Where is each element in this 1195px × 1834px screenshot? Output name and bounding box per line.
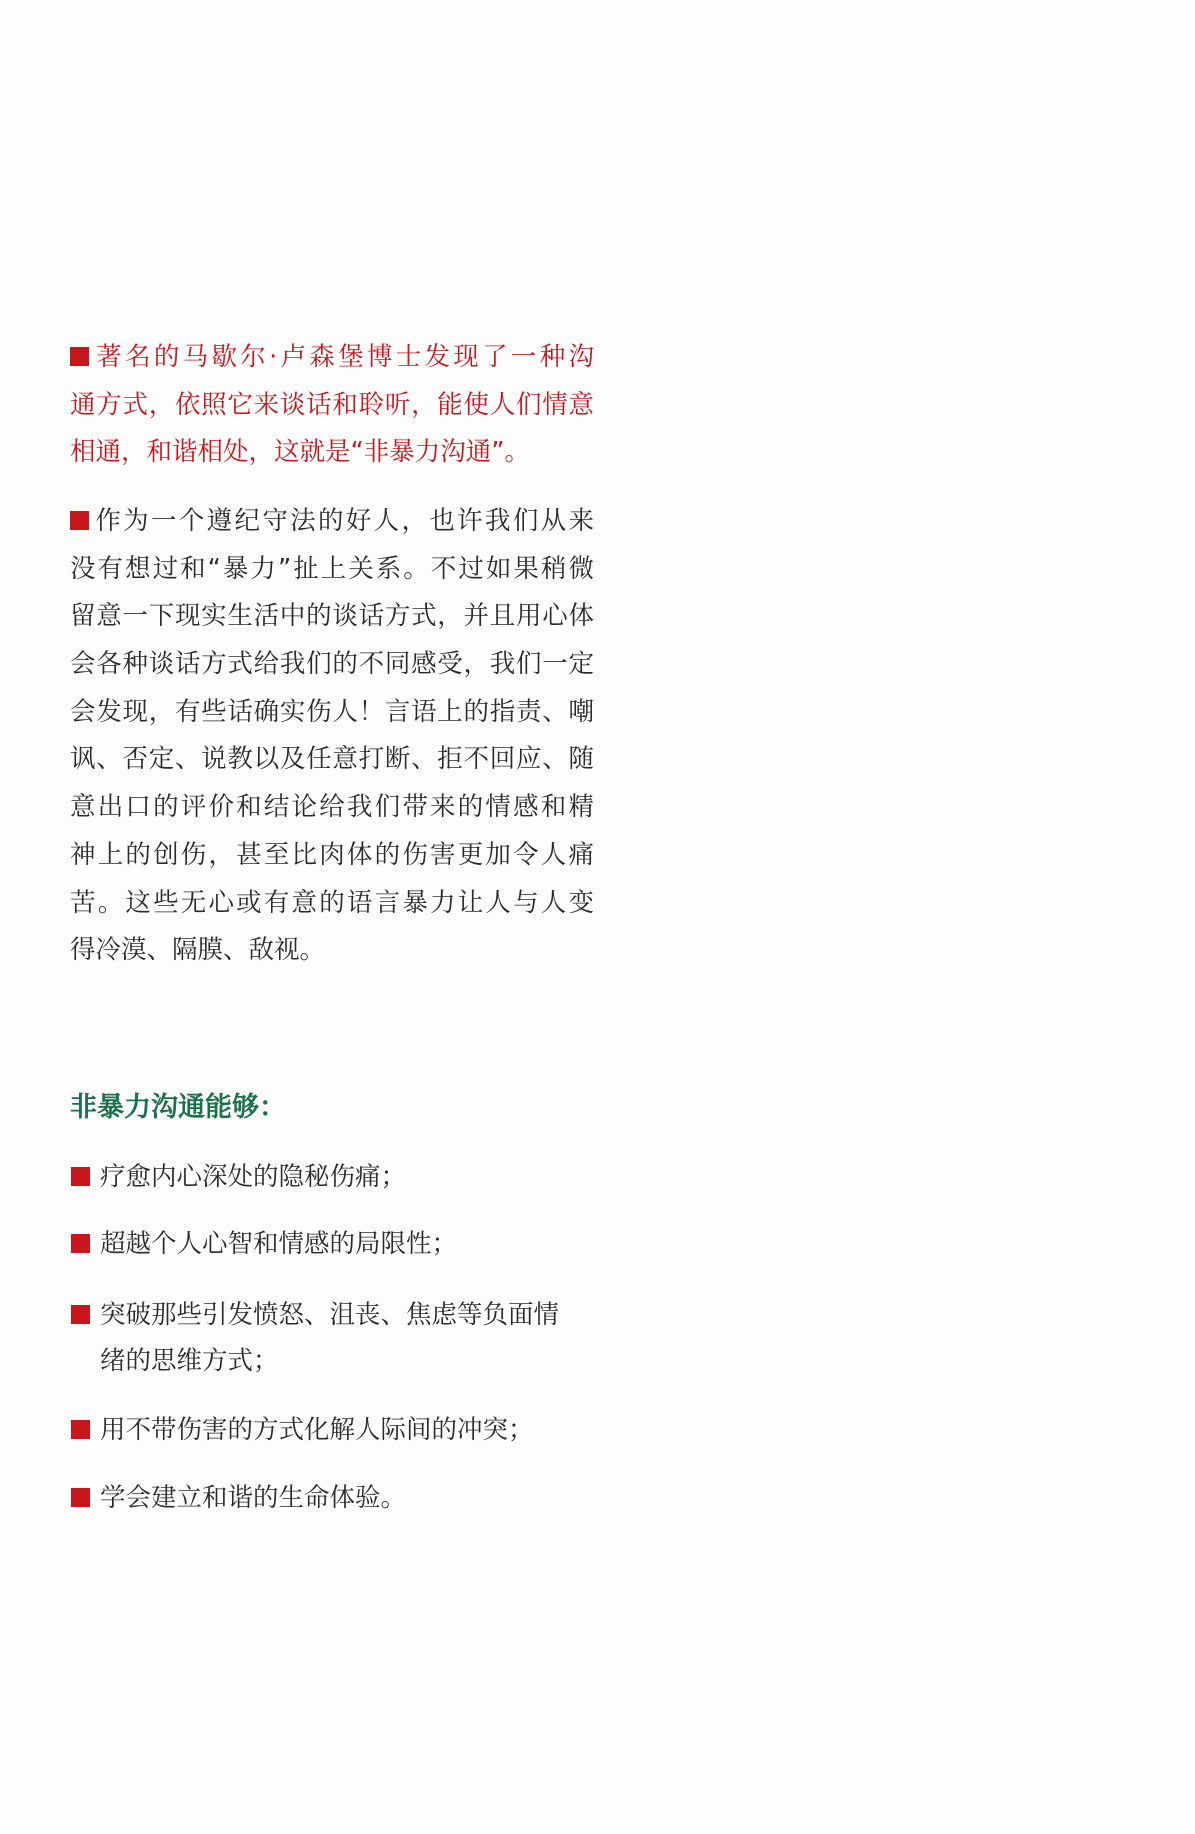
- body-line-9: 苦。这些无心或有意的语言暴力让人与人变: [70, 880, 594, 928]
- benefit-item-2-text: 超越个人心智和情感的局限性；: [100, 1221, 594, 1267]
- intro-line-1-text: 著名的马歇尔·卢森堡博士发现了一种沟: [93, 342, 594, 372]
- intro-line-1: 著名的马歇尔·卢森堡博士发现了一种沟: [70, 334, 594, 382]
- body-line-5: 会发现，有些话确实伤人！言语上的指责、嘲: [70, 689, 594, 737]
- body-line-2: 没有想过和“暴力”扯上关系。不过如果稍微: [70, 546, 594, 594]
- benefit-item-4-text: 用不带伤害的方式化解人际间的冲突；: [100, 1407, 594, 1453]
- body-line-6: 讽、否定、说教以及任意打断、拒不回应、随: [70, 736, 594, 784]
- benefits-heading: 非暴力沟通能够：: [70, 1088, 286, 1128]
- body-line-1: 作为一个遵纪守法的好人，也许我们从来: [70, 498, 594, 546]
- red-square-bullet-icon: [71, 1234, 90, 1253]
- red-square-bullet-icon: [71, 1420, 90, 1439]
- red-square-bullet-icon: [71, 1305, 90, 1324]
- red-square-bullet-icon: [70, 347, 89, 366]
- benefit-item-3-text-line-2: 绪的思维方式；: [100, 1338, 594, 1384]
- body-line-3: 留意一下现实生活中的谈话方式，并且用心体: [70, 593, 594, 641]
- body-line-7: 意出口的评价和结论给我们带来的情感和精: [70, 784, 594, 832]
- red-square-bullet-icon: [70, 511, 89, 530]
- body-line-1-text: 作为一个遵纪守法的好人，也许我们从来: [93, 506, 594, 536]
- intro-line-2: 通方式，依照它来谈话和聆听，能使人们情意: [70, 382, 594, 430]
- body-line-4: 会各种谈话方式给我们的不同感受，我们一定: [70, 641, 594, 689]
- intro-paragraph: 著名的马歇尔·卢森堡博士发现了一种沟 通方式，依照它来谈话和聆听，能使人们情意 …: [70, 334, 594, 477]
- red-square-bullet-icon: [71, 1488, 90, 1507]
- benefit-item-5-text: 学会建立和谐的生命体验。: [100, 1475, 594, 1521]
- body-paragraph: 作为一个遵纪守法的好人，也许我们从来 没有想过和“暴力”扯上关系。不过如果稍微 …: [70, 498, 594, 975]
- red-square-bullet-icon: [71, 1167, 90, 1186]
- benefit-item-1-text: 疗愈内心深处的隐秘伤痛；: [100, 1154, 594, 1200]
- body-line-10: 得冷漠、隔膜、敌视。: [70, 927, 594, 975]
- body-line-8: 神上的创伤，甚至比肉体的伤害更加令人痛: [70, 832, 594, 880]
- intro-line-3: 相通，和谐相处，这就是“非暴力沟通”。: [70, 429, 594, 477]
- benefit-item-3-text-line-1: 突破那些引发愤怒、沮丧、焦虑等负面情: [100, 1292, 594, 1338]
